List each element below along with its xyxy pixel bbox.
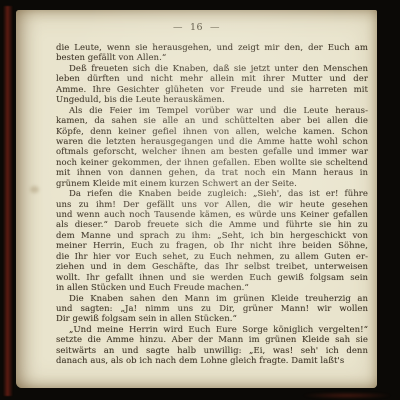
text-line: Deß freueten sich die Knaben, daß sie je… bbox=[56, 64, 368, 74]
text-line: ziehen und in dem Geschäfte, das Ihr sel… bbox=[56, 262, 368, 272]
text-line: Da riefen die Knaben beide zugleich: „Si… bbox=[56, 189, 368, 199]
text-line: in allen Stücken und Euch Freude machen.… bbox=[56, 283, 368, 293]
text-line: „Und meine Herrin wird Euch Eure Sorge k… bbox=[56, 325, 368, 335]
text-line: mit ihnen von dannen gehen, da trat noch… bbox=[56, 168, 368, 178]
text-line: Dir gewiß folgsam sein in allen Stücken.… bbox=[56, 314, 368, 324]
text-line: leben dürften und nicht mehr allein mit … bbox=[56, 74, 368, 84]
text-line: meiner Herrin, Euch zu fragen, ob Ihr ni… bbox=[56, 241, 368, 251]
text-line: uns zu ihm! Der gefällt uns vor Allen, d… bbox=[56, 200, 368, 210]
book-page: —16— die Leute, wenn sie herausgehen, un… bbox=[16, 10, 377, 388]
text-line: kamen, da sahen sie alle an und schüttel… bbox=[56, 116, 368, 126]
text-line: seitwärts an und sagte halb unwillig: „E… bbox=[56, 346, 368, 356]
text-line: grünem Kleide mit einem kurzen Schwert a… bbox=[56, 179, 368, 189]
text-line: noch keiner gekommen, der ihnen gefallen… bbox=[56, 158, 368, 168]
cover-red-glint bbox=[302, 392, 392, 399]
text-line: und sagten: „Ja! nimm uns zu Dir, grüner… bbox=[56, 304, 368, 314]
text-line: Amme. Ihre Gesichter glüheten vor Freude… bbox=[56, 85, 368, 95]
page-number: 16 bbox=[190, 22, 203, 33]
text-line: waren die letzten herausgegangen und die… bbox=[56, 137, 368, 147]
book-spine-red-edge bbox=[3, 6, 13, 396]
text-line: und wenn auch noch Tausende kämen, es wü… bbox=[56, 210, 368, 220]
text-line: Köpfe, denn keiner gefiel ihnen von alle… bbox=[56, 127, 368, 137]
text-line: Als die Feier im Tempel vorüber war und … bbox=[56, 106, 368, 116]
text-line: dem Manne und sprach zu ihm: „Seht, ich … bbox=[56, 231, 368, 241]
text-line: besten gefällt von Allen.“ bbox=[56, 53, 368, 63]
text-line: die Leute, wenn sie herausgehen, und zei… bbox=[56, 43, 368, 53]
text-line: danach aus, als ob ich nach dem Lohne gl… bbox=[56, 356, 368, 366]
paper-stain bbox=[30, 186, 39, 193]
text-line: Ungeduld, bis die Leute herauskämen. bbox=[56, 95, 368, 105]
scanned-book-photo: —16— die Leute, wenn sie herausgehen, un… bbox=[0, 0, 400, 400]
text-line: wollt. Ihr gefallt ihnen und sie werden … bbox=[56, 273, 368, 283]
text-line: oftmals geforscht, welcher ihnen am best… bbox=[56, 147, 368, 157]
page-header: —16— bbox=[16, 22, 377, 33]
header-right-dash: — bbox=[210, 22, 220, 33]
text-block: die Leute, wenn sie herausgehen, und zei… bbox=[56, 43, 368, 367]
text-line: die Ihr hier vor Euch sehet, zu Euch neh… bbox=[56, 252, 368, 262]
header-left-dash: — bbox=[173, 22, 183, 33]
text-line: setzte die Amme hinzu. Aber der Mann im … bbox=[56, 335, 368, 345]
text-line: Die Knaben sahen den Mann im grünen Klei… bbox=[56, 294, 368, 304]
text-line: als dieser.“ Darob freuete sich die Amme… bbox=[56, 220, 368, 230]
